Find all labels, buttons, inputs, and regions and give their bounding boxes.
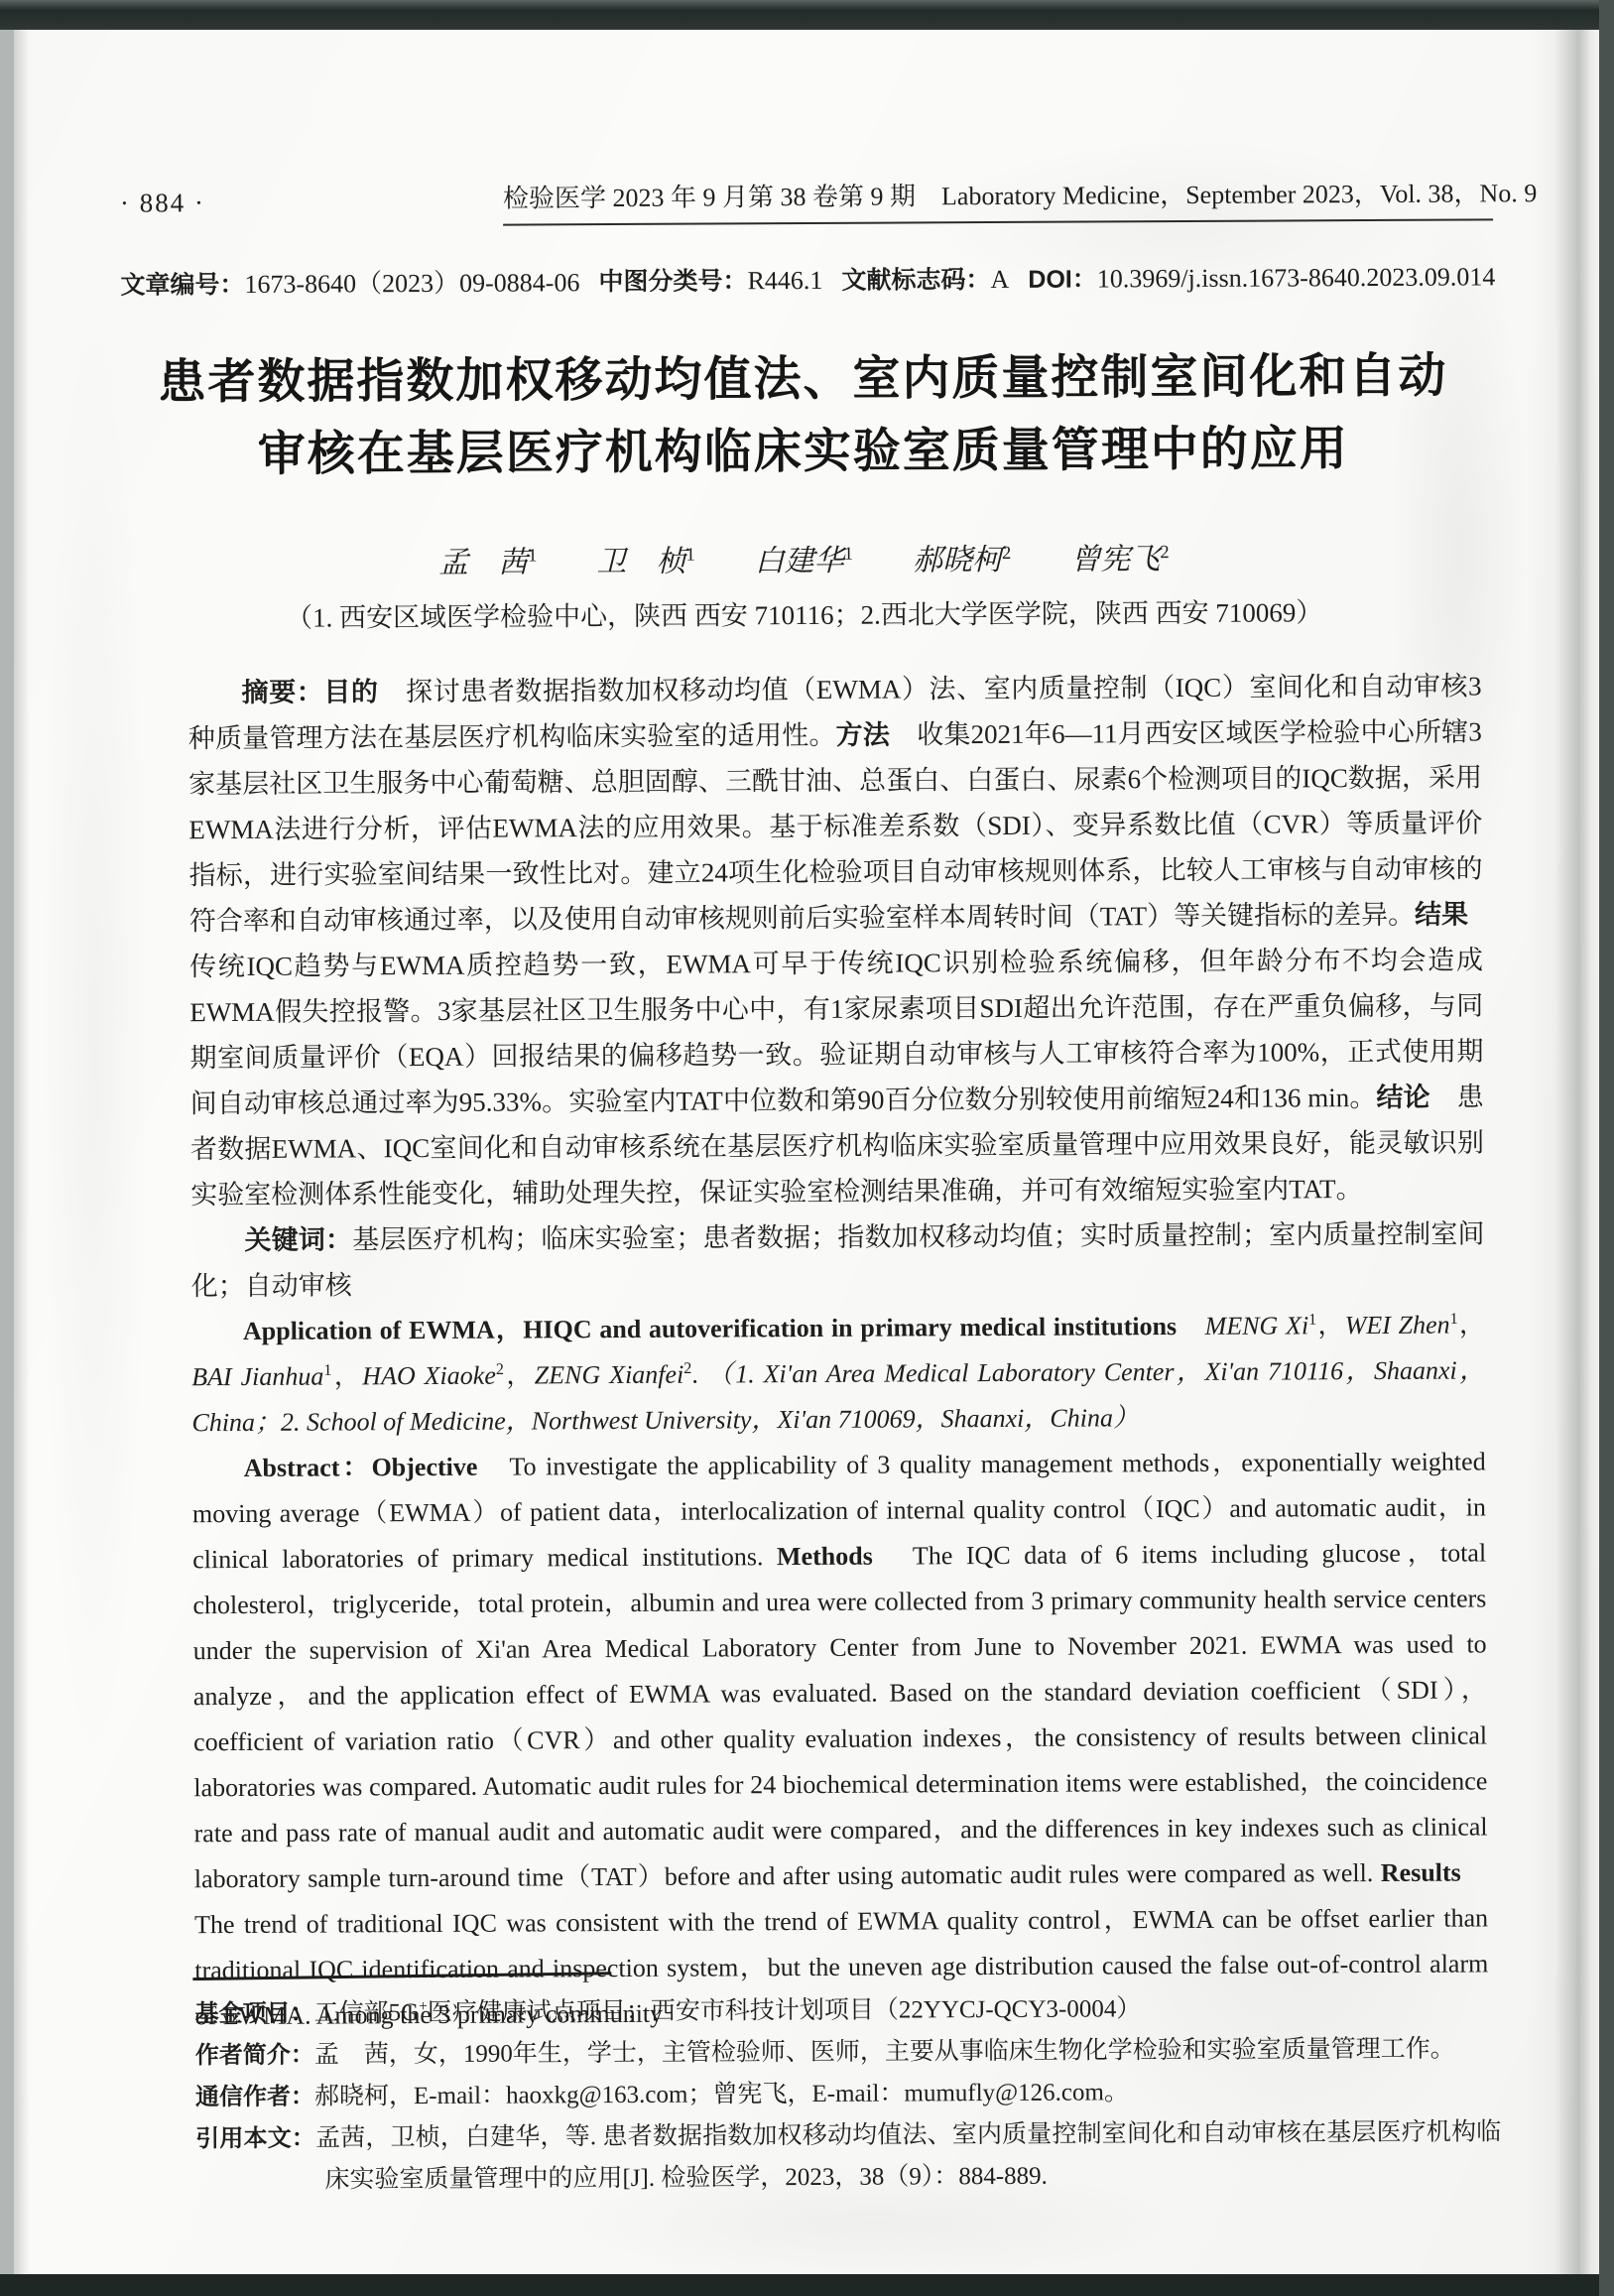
- footnote-fund: 基金项目：工信部5G+医疗健康试点项目；西安市科技计划项目（22YYCJ-QCY…: [194, 1986, 1500, 2035]
- page-content: · 884 · 检验医学 2023 年 9 月第 38 卷第 9 期Labora…: [0, 0, 1614, 2296]
- article-title-line2: 审核在基层医疗机构临床实验室质量管理中的应用: [0, 412, 1611, 493]
- footnote-fund-text: 工信部5G+医疗健康试点项目；西安市科技计划项目（22YYCJ-QCY3-000…: [313, 1995, 1141, 2026]
- paper-left-edge-shadow: [14, 0, 30, 2296]
- footnote-corresponding-label: 通信作者：: [195, 2084, 314, 2111]
- article-title: 患者数据指数加权移动均值法、室内质量控制室间化和自动 审核在基层医疗机构临床实验…: [0, 339, 1611, 493]
- article-meta-row: 文章编号：1673-8640（2023）09-0884-06 中图分类号：R44…: [120, 257, 1495, 301]
- footnote-author-bio-text: 孟 茜，女，1990年生，学士，主管检验师、医师，主要从事临床生物化学检验和实验…: [314, 2036, 1455, 2069]
- scanner-left-strip: [0, 0, 14, 2296]
- running-head: 检验医学 2023 年 9 月第 38 卷第 9 期Laboratory Med…: [503, 173, 1493, 225]
- article-number-value: 1673-8640（2023）09-0884-06: [244, 268, 579, 299]
- scanner-bottom-band: [0, 2274, 1614, 2296]
- footnote-author-bio-label: 作者简介：: [195, 2042, 314, 2070]
- document-code-value: A: [990, 265, 1009, 294]
- footnote-citation-text: 孟茜，卫桢，白建华，等. 患者数据指数加权移动均值法、室内质量控制室间化和自动审…: [315, 2118, 1501, 2193]
- affiliation-line: （1. 西安区域医学检验中心，陕西 西安 710116；2.西北大学医学院，陕西…: [0, 589, 1611, 637]
- footnote-author-bio: 作者简介：孟 茜，女，1990年生，学士，主管检验师、医师，主要从事临床生物化学…: [195, 2028, 1501, 2077]
- document-code: 文献标志码：A: [841, 260, 1009, 298]
- footnote-citation-label: 引用本文：: [195, 2125, 315, 2153]
- footnote-citation: 引用本文：孟茜，卫桢，白建华，等. 患者数据指数加权移动均值法、室内质量控制室间…: [195, 2111, 1501, 2202]
- scanner-right-band: [1599, 0, 1614, 2296]
- footnote-corresponding-text: 郝晓柯，E-mail：haoxkg@163.com；曾宪飞，E-mail：mum…: [314, 2079, 1129, 2109]
- running-head-en: Laboratory Medicine，September 2023，Vol. …: [941, 179, 1537, 210]
- doi-value: 10.3969/j.issn.1673-8640.2023.09.014: [1097, 262, 1496, 293]
- abstract-en: Abstract：Objective To investigate the ap…: [192, 1439, 1489, 2039]
- clc-value: R446.1: [747, 266, 822, 295]
- footnotes-block: 基金项目：工信部5G+医疗健康试点项目；西安市科技计划项目（22YYCJ-QCY…: [194, 1986, 1501, 2202]
- doi: DOI：10.3969/j.issn.1673-8640.2023.09.014: [1028, 257, 1495, 296]
- clc-label: 中图分类号：: [598, 267, 747, 296]
- english-title-authors: Application of EWMA，HIQC and autoverific…: [191, 1302, 1486, 1446]
- clc-number: 中图分类号：R446.1: [598, 261, 822, 299]
- article-number-label: 文章编号：: [120, 271, 244, 300]
- authors-line: 孟 茜1 卫 桢1 白建华1 郝晓柯2 曾宪飞2: [0, 532, 1611, 584]
- page-curl-shadow: [1526, 0, 1599, 2296]
- scanner-top-band: [0, 0, 1614, 30]
- running-head-cn: 检验医学 2023 年 9 月第 38 卷第 9 期: [503, 182, 916, 212]
- chinese-abstract-block: 摘要：目的 探讨患者数据指数加权移动均值（EWMA）法、室内质量控制（IQC）室…: [187, 663, 1484, 1309]
- document-code-label: 文献标志码：: [841, 266, 990, 295]
- footnote-corresponding: 通信作者：郝晓柯，E-mail：haoxkg@163.com；曾宪飞，E-mai…: [195, 2070, 1501, 2118]
- abstract-cn: 摘要：目的 探讨患者数据指数加权移动均值（EWMA）法、室内质量控制（IQC）室…: [187, 663, 1484, 1217]
- article-number: 文章编号：1673-8640（2023）09-0884-06: [120, 262, 579, 301]
- keywords-cn: 关键词：基层医疗机构；临床实验室；患者数据；指数加权移动均值；实时质量控制；室内…: [190, 1211, 1484, 1309]
- english-abstract-block: Application of EWMA，HIQC and autoverific…: [191, 1302, 1489, 2039]
- scanned-journal-page: · 884 · 检验医学 2023 年 9 月第 38 卷第 9 期Labora…: [0, 0, 1614, 2296]
- doi-label: DOI：: [1028, 265, 1097, 293]
- article-title-line1: 患者数据指数加权移动均值法、室内质量控制室间化和自动: [0, 339, 1610, 421]
- page-number: · 884 ·: [120, 188, 205, 218]
- footnote-fund-label: 基金项目：: [194, 2000, 313, 2028]
